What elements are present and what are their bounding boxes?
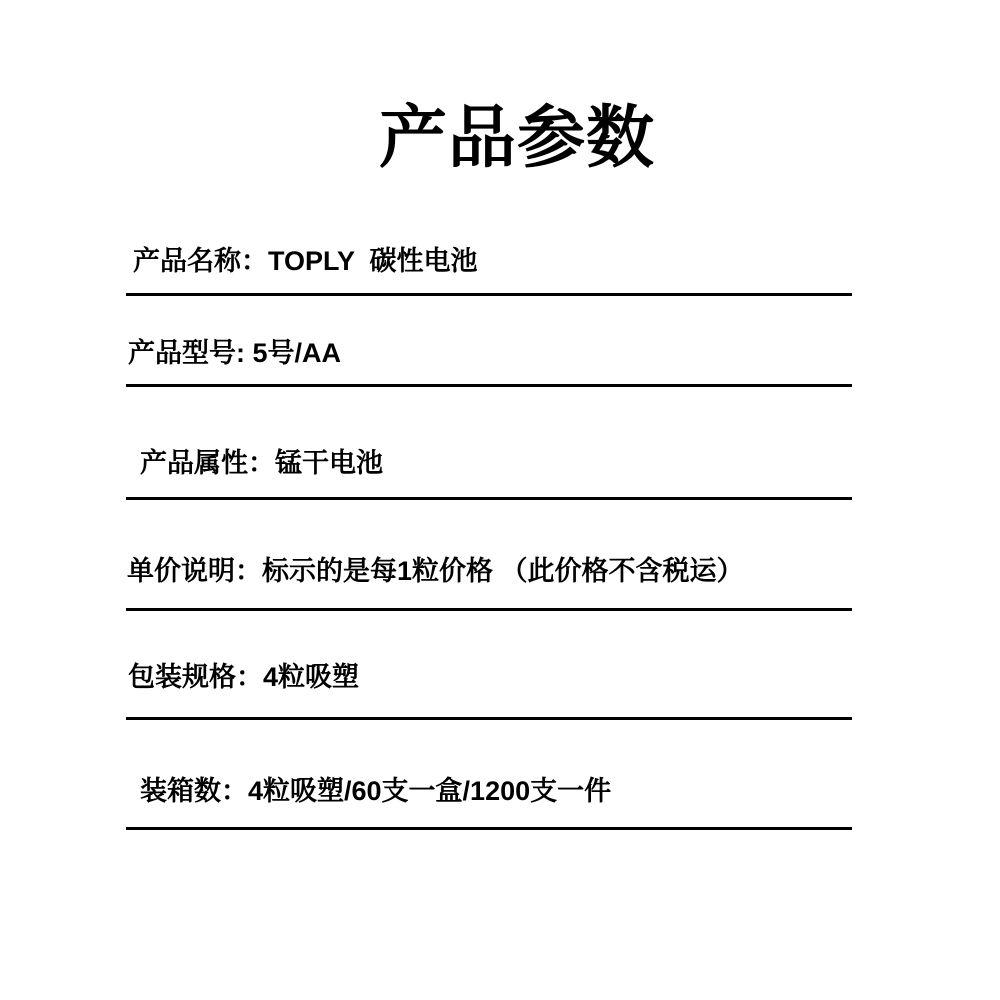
param-text: 装箱数：4粒吸塑/60支一盒/1200支一件 [126, 774, 852, 808]
param-label: 产品属性 [140, 448, 248, 478]
param-text: 产品名称：TOPLY 碳性电池 [126, 244, 852, 278]
param-value: 标示的是每1粒价格 （此价格不含税运） [262, 556, 744, 586]
parameter-list: 产品名称：TOPLY 碳性电池 产品型号: 5号/AA 产品属性：锰干电池 单价… [0, 0, 1000, 1000]
param-value: 4粒吸塑 [263, 662, 359, 692]
param-value: 5号/AA [253, 338, 342, 368]
param-row-packing-spec: 包装规格：4粒吸塑 [126, 660, 852, 720]
param-row-product-name: 产品名称：TOPLY 碳性电池 [126, 244, 852, 296]
param-colon: ： [235, 556, 262, 586]
param-colon: ： [248, 448, 275, 478]
param-label: 产品名称 [133, 246, 241, 276]
param-colon: ： [236, 662, 263, 692]
param-colon: ： [241, 246, 268, 276]
param-value: 4粒吸塑/60支一盒/1200支一件 [248, 776, 611, 806]
param-label: 单价说明 [127, 556, 235, 586]
param-row-product-attribute: 产品属性：锰干电池 [126, 446, 852, 500]
param-text: 产品属性：锰干电池 [126, 446, 852, 480]
param-text: 单价说明：标示的是每1粒价格 （此价格不含税运） [126, 554, 852, 588]
param-value: TOPLY 碳性电池 [268, 246, 478, 276]
param-colon: ： [221, 776, 248, 806]
param-label: 包装规格 [128, 662, 236, 692]
param-label: 产品型号 [128, 338, 236, 368]
param-row-carton-quantity: 装箱数：4粒吸塑/60支一盒/1200支一件 [126, 774, 852, 830]
param-value: 锰干电池 [275, 448, 383, 478]
param-row-product-model: 产品型号: 5号/AA [126, 336, 852, 387]
param-row-unit-price-note: 单价说明：标示的是每1粒价格 （此价格不含税运） [126, 554, 852, 611]
param-colon: : [236, 338, 253, 368]
param-text: 包装规格：4粒吸塑 [126, 660, 852, 694]
param-text: 产品型号: 5号/AA [126, 336, 852, 370]
param-label: 装箱数 [140, 776, 221, 806]
product-parameters-page: 产品参数 产品名称：TOPLY 碳性电池 产品型号: 5号/AA 产品属性：锰干… [0, 0, 1000, 1000]
